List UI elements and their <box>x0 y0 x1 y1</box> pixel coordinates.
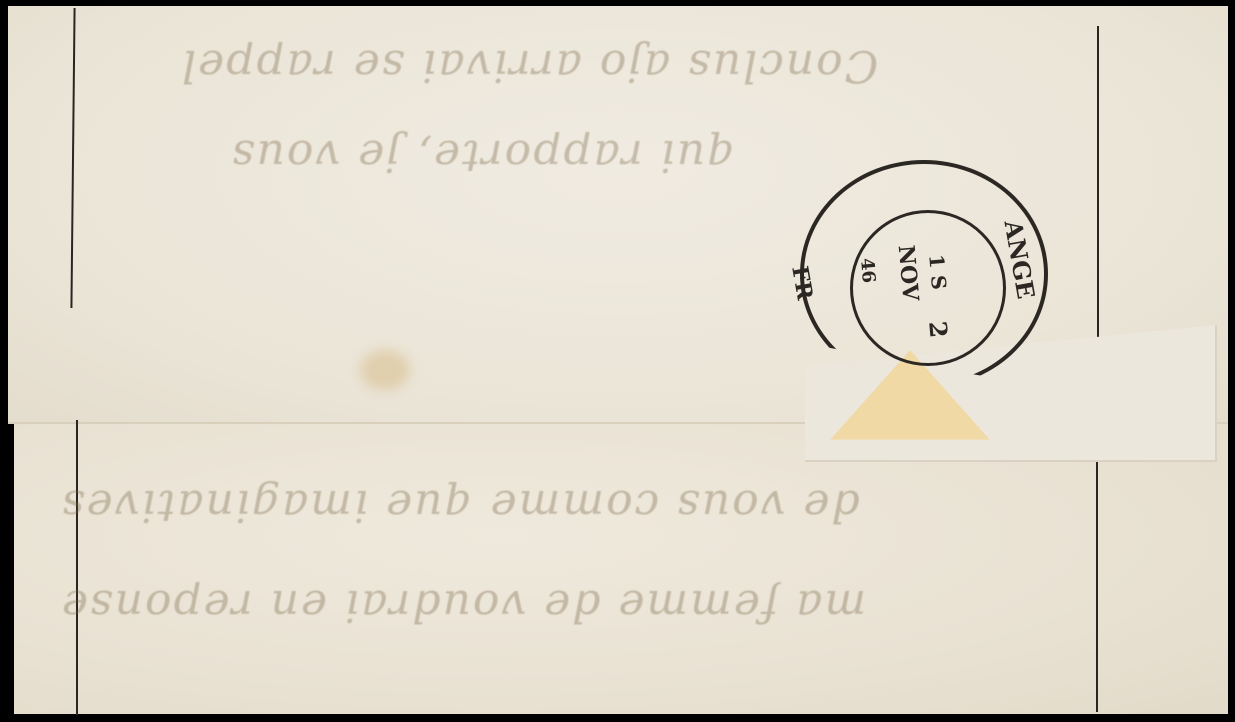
cover-lower-panel <box>14 418 1228 714</box>
foxing-stain <box>360 350 410 390</box>
ruled-margin-right-bottom <box>1096 462 1098 712</box>
bleed-through-line-1: Conclus ajo arrivai se rappel <box>180 40 878 91</box>
bleed-through-line-2: qui rapporte, je vous <box>230 130 735 181</box>
bleed-through-line-3: de vous comme que imaginatives <box>60 480 860 531</box>
bleed-through-line-4: ma femme de voudrai en reponse <box>60 580 866 631</box>
postmark-month: NOV <box>893 244 924 302</box>
postmark-time: 1 S <box>924 253 951 290</box>
ruled-margin-left-bottom <box>76 420 78 715</box>
postmark-side-text: FR <box>786 264 817 302</box>
circular-date-postmark: ANGE FR 1 S NOV 46 2 <box>780 150 1050 380</box>
postmark-day: 2 <box>923 320 953 339</box>
ruled-margin-right-top <box>1097 26 1099 356</box>
postmark-year: 46 <box>856 257 879 284</box>
